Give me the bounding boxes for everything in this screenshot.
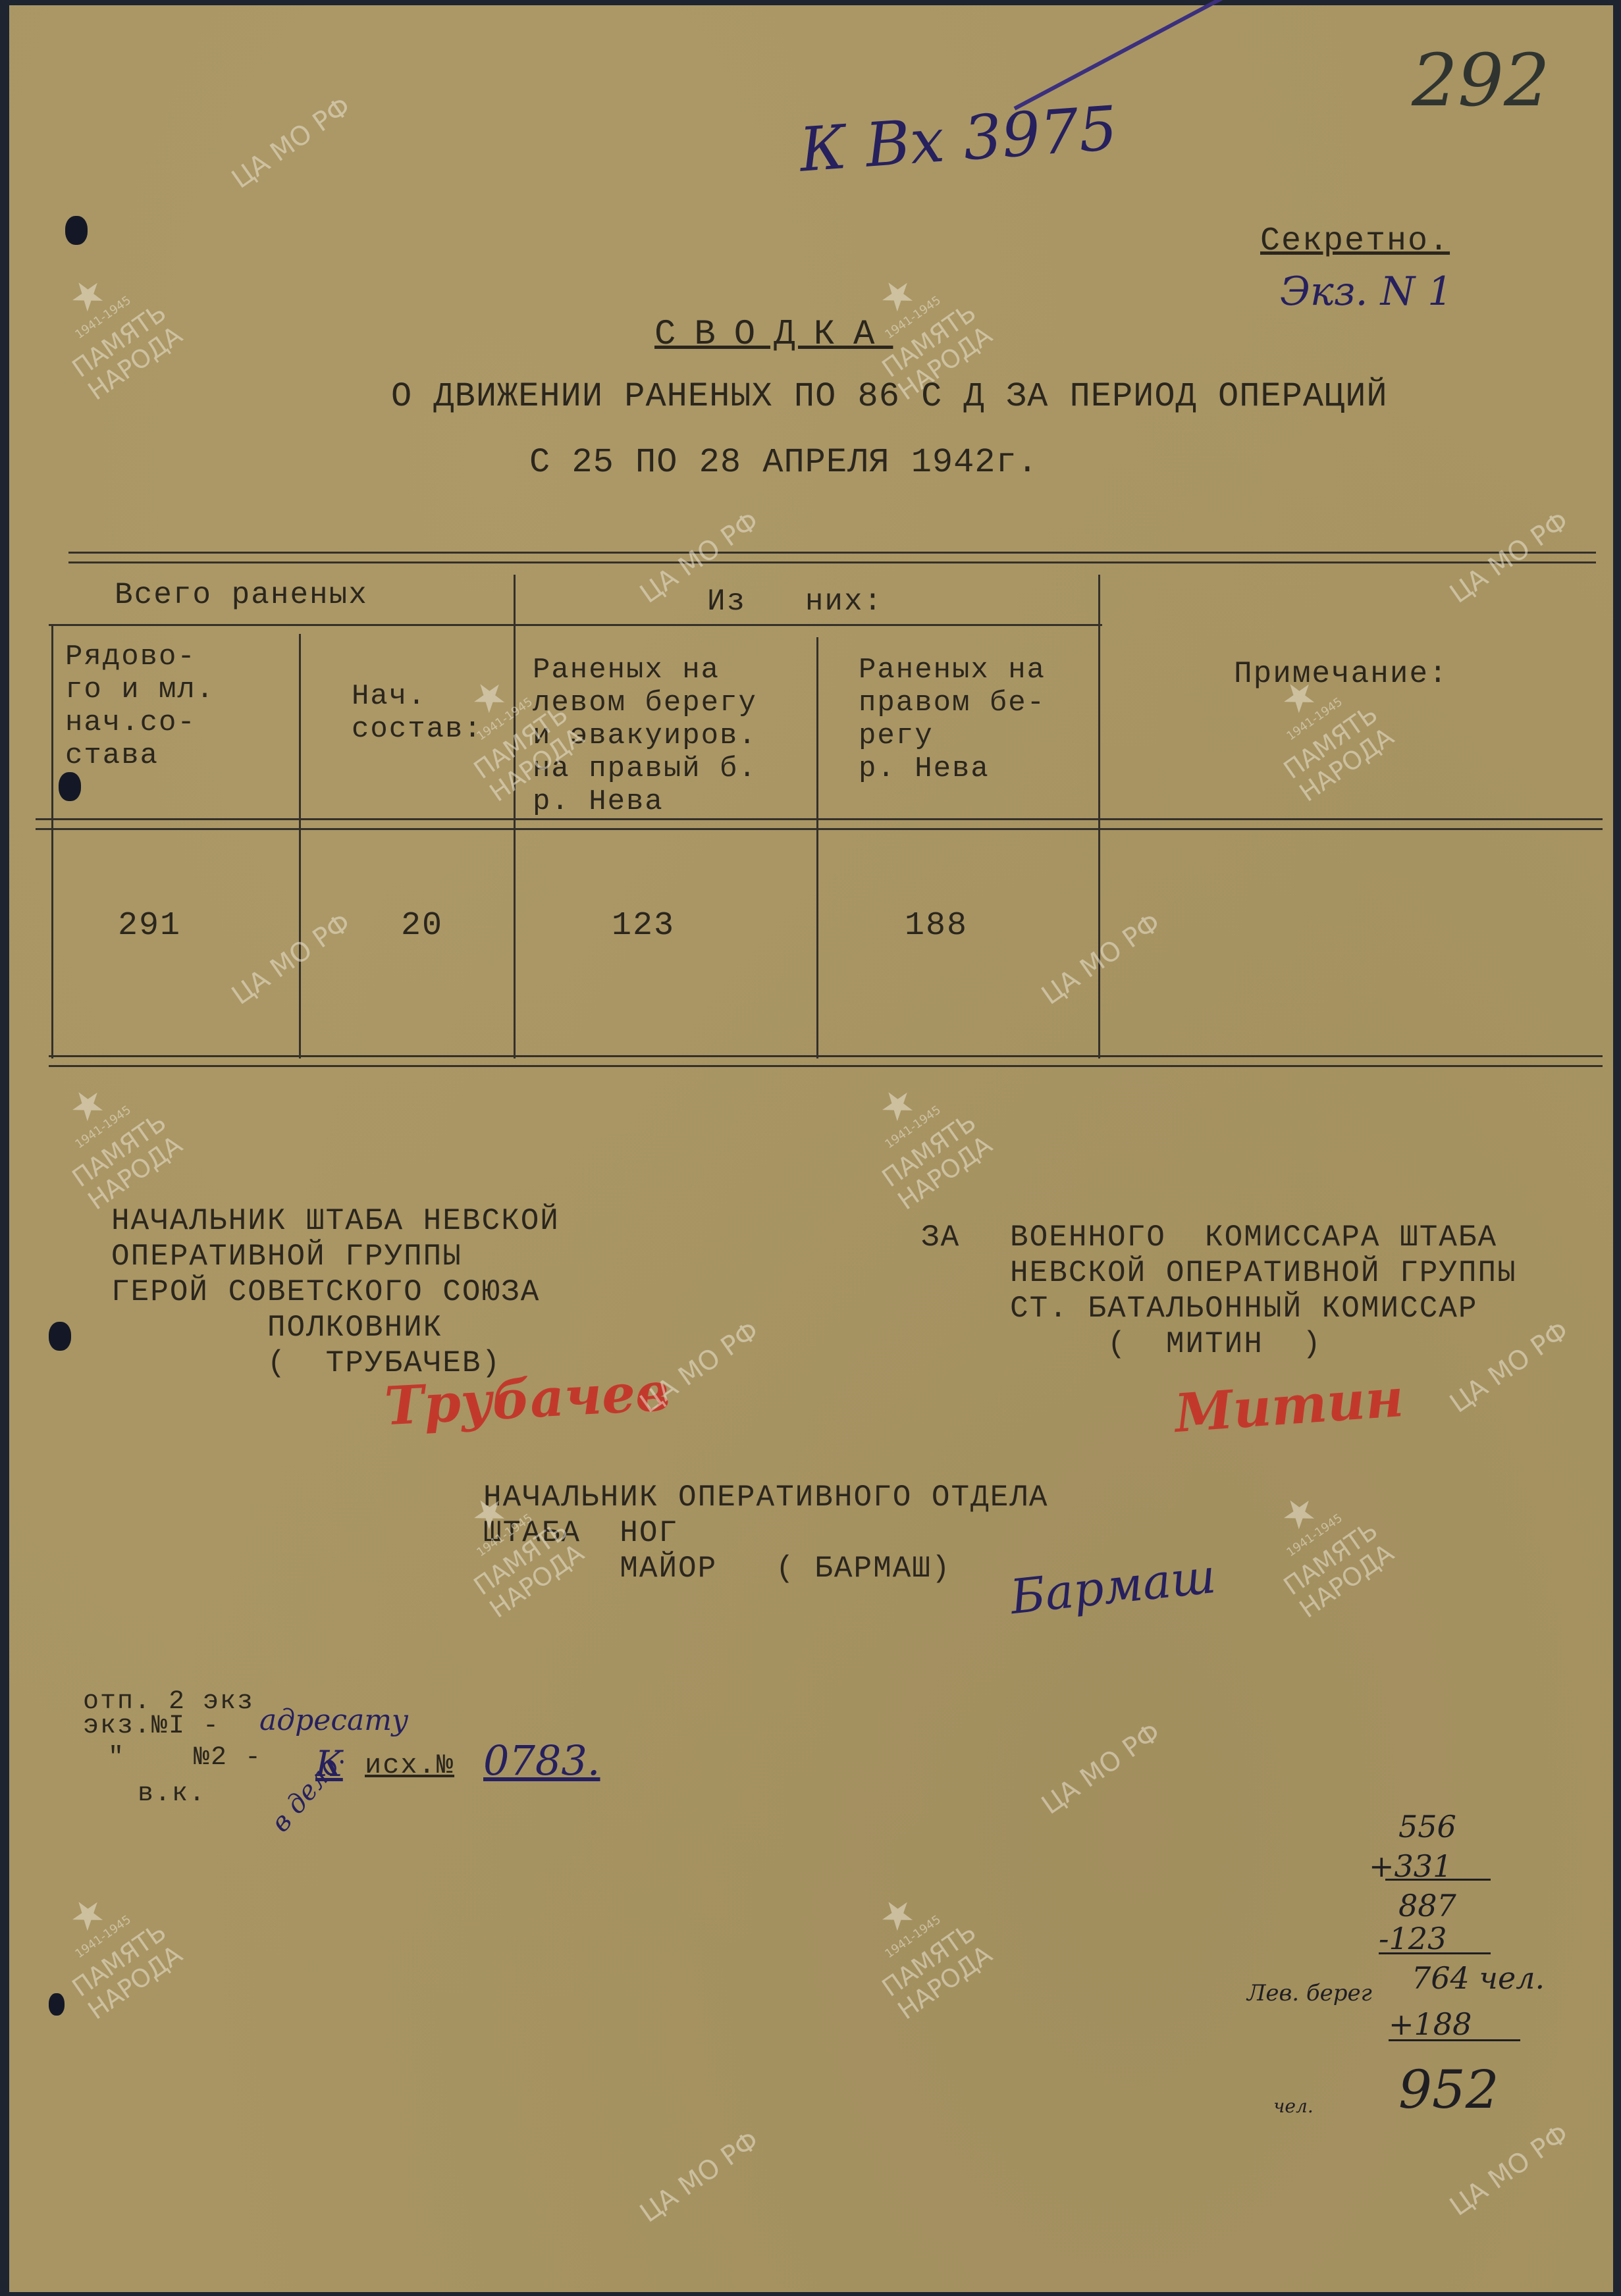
signature-mitin: Митин — [1173, 1367, 1406, 1444]
watermark-project: ★ 1941-1945 ПАМЯТЬ НАРОДА — [845, 1872, 997, 2024]
header-of-them: Из них: — [707, 585, 883, 619]
archive-ref-text: К Вх 3975 — [797, 93, 1120, 185]
signature-prefix-za: ЗА — [921, 1220, 960, 1255]
column-divider-2 — [514, 575, 516, 1058]
watermark-project: ★ 1941-1945 ПАМЯТЬ НАРОДА — [1247, 1471, 1398, 1623]
table-subheader-rule — [49, 624, 1102, 626]
calc-line: 887 — [1398, 1888, 1456, 1923]
column-divider-4 — [1098, 575, 1100, 1058]
punch-hole — [49, 1993, 65, 2016]
watermark-project: ★ 1941-1945 ПАМЯТЬ НАРОДА — [36, 1062, 187, 1214]
watermark-archive: ЦА МО РФ — [1036, 907, 1166, 1010]
watermark-archive: ЦА МО РФ — [635, 2125, 764, 2228]
distribution-copy1-typed: экз.№I - — [83, 1711, 220, 1741]
watermark-archive: ЦА МО РФ — [226, 91, 356, 194]
copy-number: Экз. N 1 — [1280, 269, 1452, 315]
document-subtitle-line1: О ДВИЖЕНИИ РАНЕНЫХ ПО 86 С Д ЗА ПЕРИОД О… — [391, 377, 1388, 416]
watermark-project: ★ 1941-1945 ПАМЯТЬ НАРОДА — [845, 1062, 997, 1214]
outgoing-ref-number: 0783. — [483, 1736, 600, 1785]
secrecy-label: Секретно. — [1260, 222, 1450, 260]
calc-total-label: чел. — [1273, 2095, 1314, 2117]
outgoing-ref-prefix: К — [315, 1743, 343, 1785]
strike-through-line — [1014, 0, 1236, 111]
calc-left-bank-label: Лев. берег — [1247, 1980, 1372, 2006]
watermark-archive: ЦА МО РФ — [1445, 2118, 1574, 2222]
archival-document-page: К Вх 3975 292 Секретно. Экз. N 1 СВОДКА … — [9, 5, 1613, 2292]
calc-line: -123 — [1379, 1921, 1447, 1956]
punch-hole — [59, 772, 81, 801]
page-number: 292 — [1412, 38, 1550, 122]
watermark-project: ★ 1941-1945 ПАМЯТЬ НАРОДА — [36, 253, 187, 405]
outgoing-ref-label: исх.№ — [365, 1750, 454, 1781]
signature-block-chief-of-staff: НАЧАЛЬНИК ШТАБА НЕВСКОЙ ОПЕРАТИВНОЙ ГРУП… — [111, 1203, 560, 1381]
calc-line: 556 — [1398, 1809, 1456, 1844]
calc-rule — [1389, 2039, 1520, 2041]
cell-right-bank: 188 — [905, 907, 968, 945]
cell-command-staff: 20 — [401, 907, 443, 945]
watermark-archive: ЦА МО РФ — [1445, 506, 1574, 609]
column-divider-3 — [816, 637, 818, 1058]
watermark-archive: ЦА МО РФ — [1036, 1717, 1166, 1820]
cell-enlisted: 291 — [118, 907, 181, 945]
watermark-archive: ЦА МО РФ — [226, 907, 356, 1010]
column-header-right-bank: Раненых на правом бе- регу р. Нева — [859, 654, 1046, 785]
header-total-wounded: Всего раненых — [115, 578, 368, 612]
calc-line: +188 — [1389, 2006, 1472, 2042]
punch-hole — [49, 1322, 71, 1351]
table-header-bottom-rule-2 — [36, 828, 1603, 830]
punch-hole — [65, 216, 88, 245]
table-top-rule-2 — [68, 561, 1596, 563]
cell-left-bank: 123 — [612, 907, 675, 945]
table-header-bottom-rule — [36, 818, 1603, 820]
distribution-executor: в.к. — [138, 1779, 206, 1809]
table-bottom-rule-2 — [49, 1065, 1603, 1067]
table-top-rule — [68, 552, 1596, 554]
table-left-border — [51, 624, 53, 1058]
calc-rule — [1385, 1879, 1491, 1881]
table-bottom-rule — [49, 1055, 1603, 1057]
document-subtitle-line2: С 25 ПО 28 АПРЕЛЯ 1942г. — [529, 443, 1038, 482]
archive-incoming-ref: К Вх 3975 — [797, 93, 1120, 185]
distribution-copy2-typed: " №2 - — [108, 1743, 262, 1773]
calc-total: 952 — [1398, 2059, 1499, 2120]
column-divider-1 — [299, 634, 301, 1058]
signature-block-commissar: ВОЕННОГО КОМИССАРА ШТАБА НЕВСКОЙ ОПЕРАТИ… — [1010, 1220, 1517, 1362]
column-header-enlisted: Рядово- го и мл. нач.со- става — [65, 640, 215, 772]
calc-line: 764 чел. — [1412, 1960, 1545, 1996]
calc-rule — [1379, 1952, 1491, 1954]
distribution-copy1-recipient: адресату — [259, 1704, 408, 1737]
